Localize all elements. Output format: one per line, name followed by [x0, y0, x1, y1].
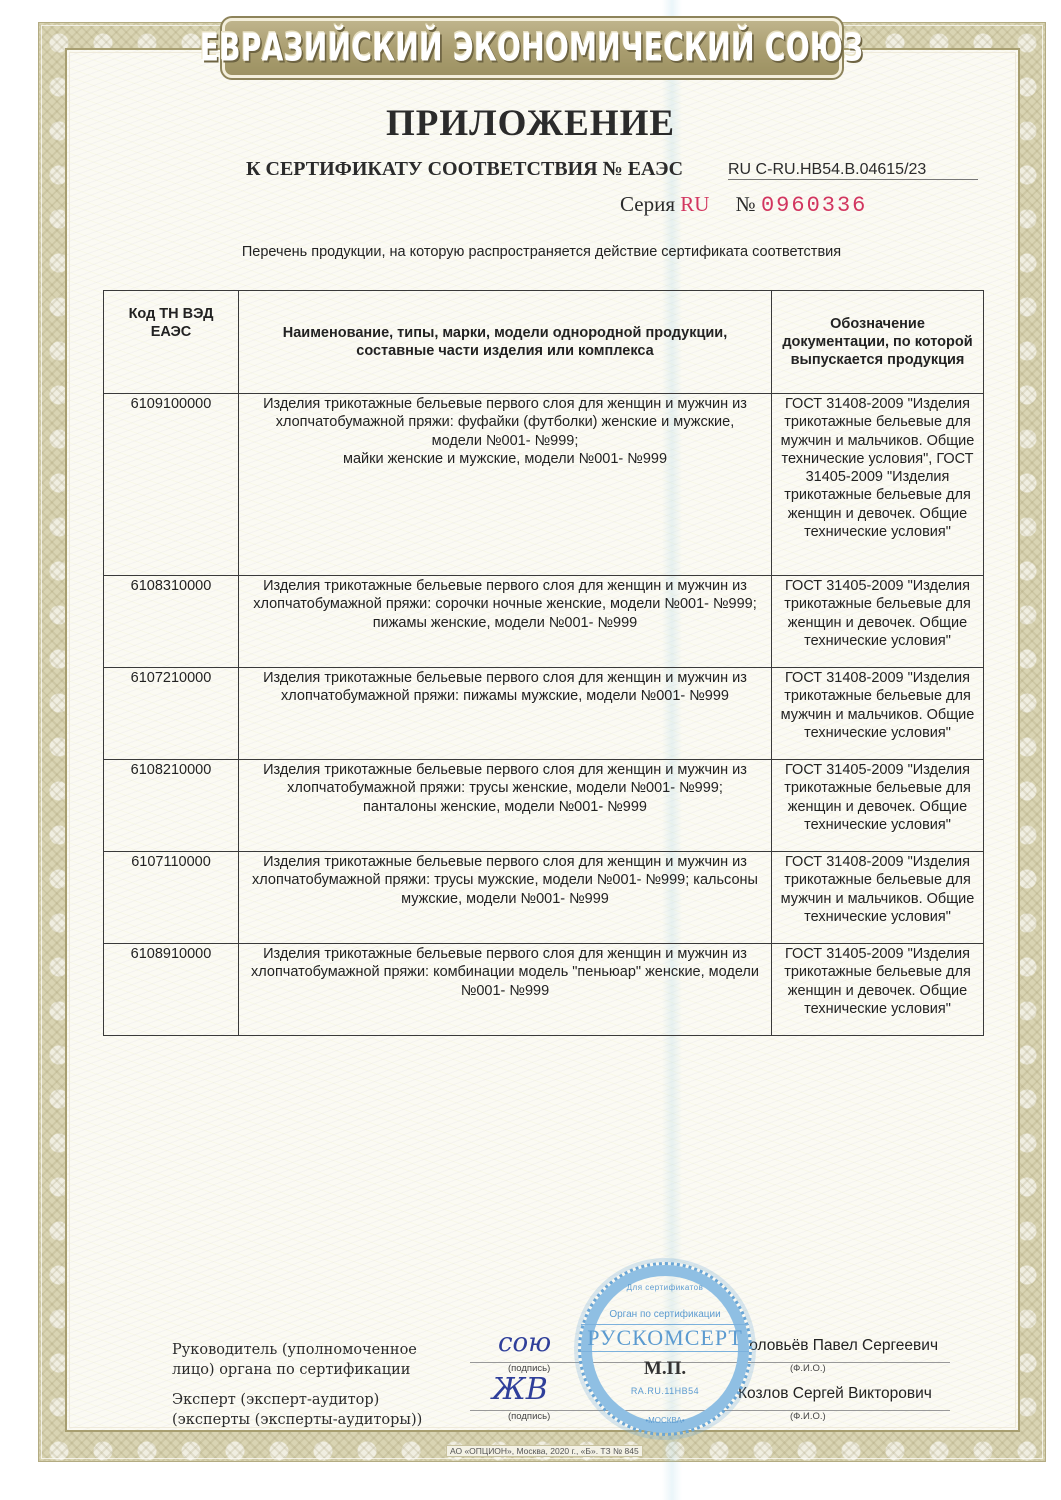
head-fio-caption: (Ф.И.О.) [790, 1363, 826, 1374]
documentation-cell: ГОСТ 31405-2009 "Изделия трикотажные бел… [772, 760, 984, 852]
table-row: 6108210000Изделия трикотажные бельевые п… [104, 760, 984, 852]
number-sign: № [736, 192, 756, 216]
product-description-cell: Изделия трикотажные бельевые первого сло… [239, 394, 772, 576]
product-code-cell: 6107110000 [104, 852, 239, 944]
head-name: Соловьёв Павел Сергеевич [738, 1337, 938, 1355]
head-label-line1: Руководитель (уполномоченное [172, 1340, 417, 1360]
column-header-documentation: Обозначение документации, по которой вып… [772, 291, 984, 394]
stamp-org: Орган по сертификации [581, 1309, 749, 1320]
product-description-cell: Изделия трикотажные бельевые первого сло… [239, 576, 772, 668]
expert-label: Эксперт (эксперт-аудитор) (эксперты (экс… [172, 1390, 422, 1430]
head-label: Руководитель (уполномоченное лицо) орган… [172, 1340, 417, 1380]
page-title: ПРИЛОЖЕНИЕ [0, 102, 1061, 145]
table-row: 6108910000Изделия трикотажные бельевые п… [104, 944, 984, 1036]
stamp-brand: РУСКОМСЕРТ [581, 1324, 749, 1352]
official-stamp: Для сертификатов Орган по сертификации Р… [578, 1262, 752, 1436]
column-header-code: Код ТН ВЭД ЕАЭС [104, 291, 239, 394]
series-line: Серия RU № 0960336 [620, 192, 867, 218]
table-row: 6109100000Изделия трикотажные бельевые п… [104, 394, 984, 576]
expert-name: Козлов Сергей Викторович [738, 1385, 932, 1403]
printer-imprint: АО «ОПЦИОН», Москва, 2020 г., «Б». ТЗ № … [446, 1445, 643, 1457]
table-row: 6107110000Изделия трикотажные бельевые п… [104, 852, 984, 944]
documentation-cell: ГОСТ 31405-2009 "Изделия трикотажные бел… [772, 576, 984, 668]
table-header-row: Код ТН ВЭД ЕАЭС Наименование, типы, марк… [104, 291, 984, 394]
form-number: 0960336 [761, 193, 867, 218]
stamp-inner-ring: Для сертификатов [581, 1283, 749, 1292]
certificate-number: RU C-RU.HB54.B.04615/23 [728, 161, 978, 180]
expert-signature-caption: (подпись) [508, 1411, 550, 1422]
product-code-cell: 6108310000 [104, 576, 239, 668]
documentation-cell: ГОСТ 31408-2009 "Изделия трикотажные бел… [772, 668, 984, 760]
product-code-cell: 6108210000 [104, 760, 239, 852]
product-list-subtitle: Перечень продукции, на которую распростр… [0, 244, 1061, 260]
stamp-city: •МОСКВА• [581, 1416, 749, 1425]
union-name: ЕВРАЗИЙСКИЙ ЭКОНОМИЧЕСКИЙ СОЮЗ [200, 26, 864, 71]
series-label: Серия [620, 192, 675, 216]
table-row: 6107210000Изделия трикотажные бельевые п… [104, 668, 984, 760]
product-description-cell: Изделия трикотажные бельевые первого сло… [239, 668, 772, 760]
union-plaque: ЕВРАЗИЙСКИЙ ЭКОНОМИЧЕСКИЙ СОЮЗ [222, 18, 842, 78]
stamp-accreditation: RA.RU.11НВ54 [581, 1386, 749, 1396]
stamp-mp: М.П. [581, 1358, 749, 1380]
expert-label-line1: Эксперт (эксперт-аудитор) [172, 1390, 422, 1410]
documentation-cell: ГОСТ 31408-2009 "Изделия трикотажные бел… [772, 852, 984, 944]
products-table: Код ТН ВЭД ЕАЭС Наименование, типы, марк… [103, 290, 984, 1036]
product-code-cell: 6109100000 [104, 394, 239, 576]
table-row: 6108310000Изделия трикотажные бельевые п… [104, 576, 984, 668]
product-code-cell: 6107210000 [104, 668, 239, 760]
expert-label-line2: (эксперты (эксперты-аудиторы)) [172, 1410, 422, 1430]
expert-signature: ЖВ [492, 1372, 548, 1407]
column-header-description: Наименование, типы, марки, модели одноро… [239, 291, 772, 394]
series-value: RU [680, 192, 709, 216]
documentation-cell: ГОСТ 31405-2009 "Изделия трикотажные бел… [772, 944, 984, 1036]
expert-fio-caption: (Ф.И.О.) [790, 1411, 826, 1422]
product-code-cell: 6108910000 [104, 944, 239, 1036]
head-label-line2: лицо) органа по сертификации [172, 1360, 417, 1380]
documentation-cell: ГОСТ 31408-2009 "Изделия трикотажные бел… [772, 394, 984, 576]
head-signature: сою [498, 1328, 551, 1358]
certificate-label: К СЕРТИФИКАТУ СООТВЕТСТВИЯ № ЕАЭС [246, 158, 683, 181]
product-description-cell: Изделия трикотажные бельевые первого сло… [239, 852, 772, 944]
head-signature-caption: (подпись) [508, 1363, 550, 1374]
product-description-cell: Изделия трикотажные бельевые первого сло… [239, 760, 772, 852]
product-description-cell: Изделия трикотажные бельевые первого сло… [239, 944, 772, 1036]
